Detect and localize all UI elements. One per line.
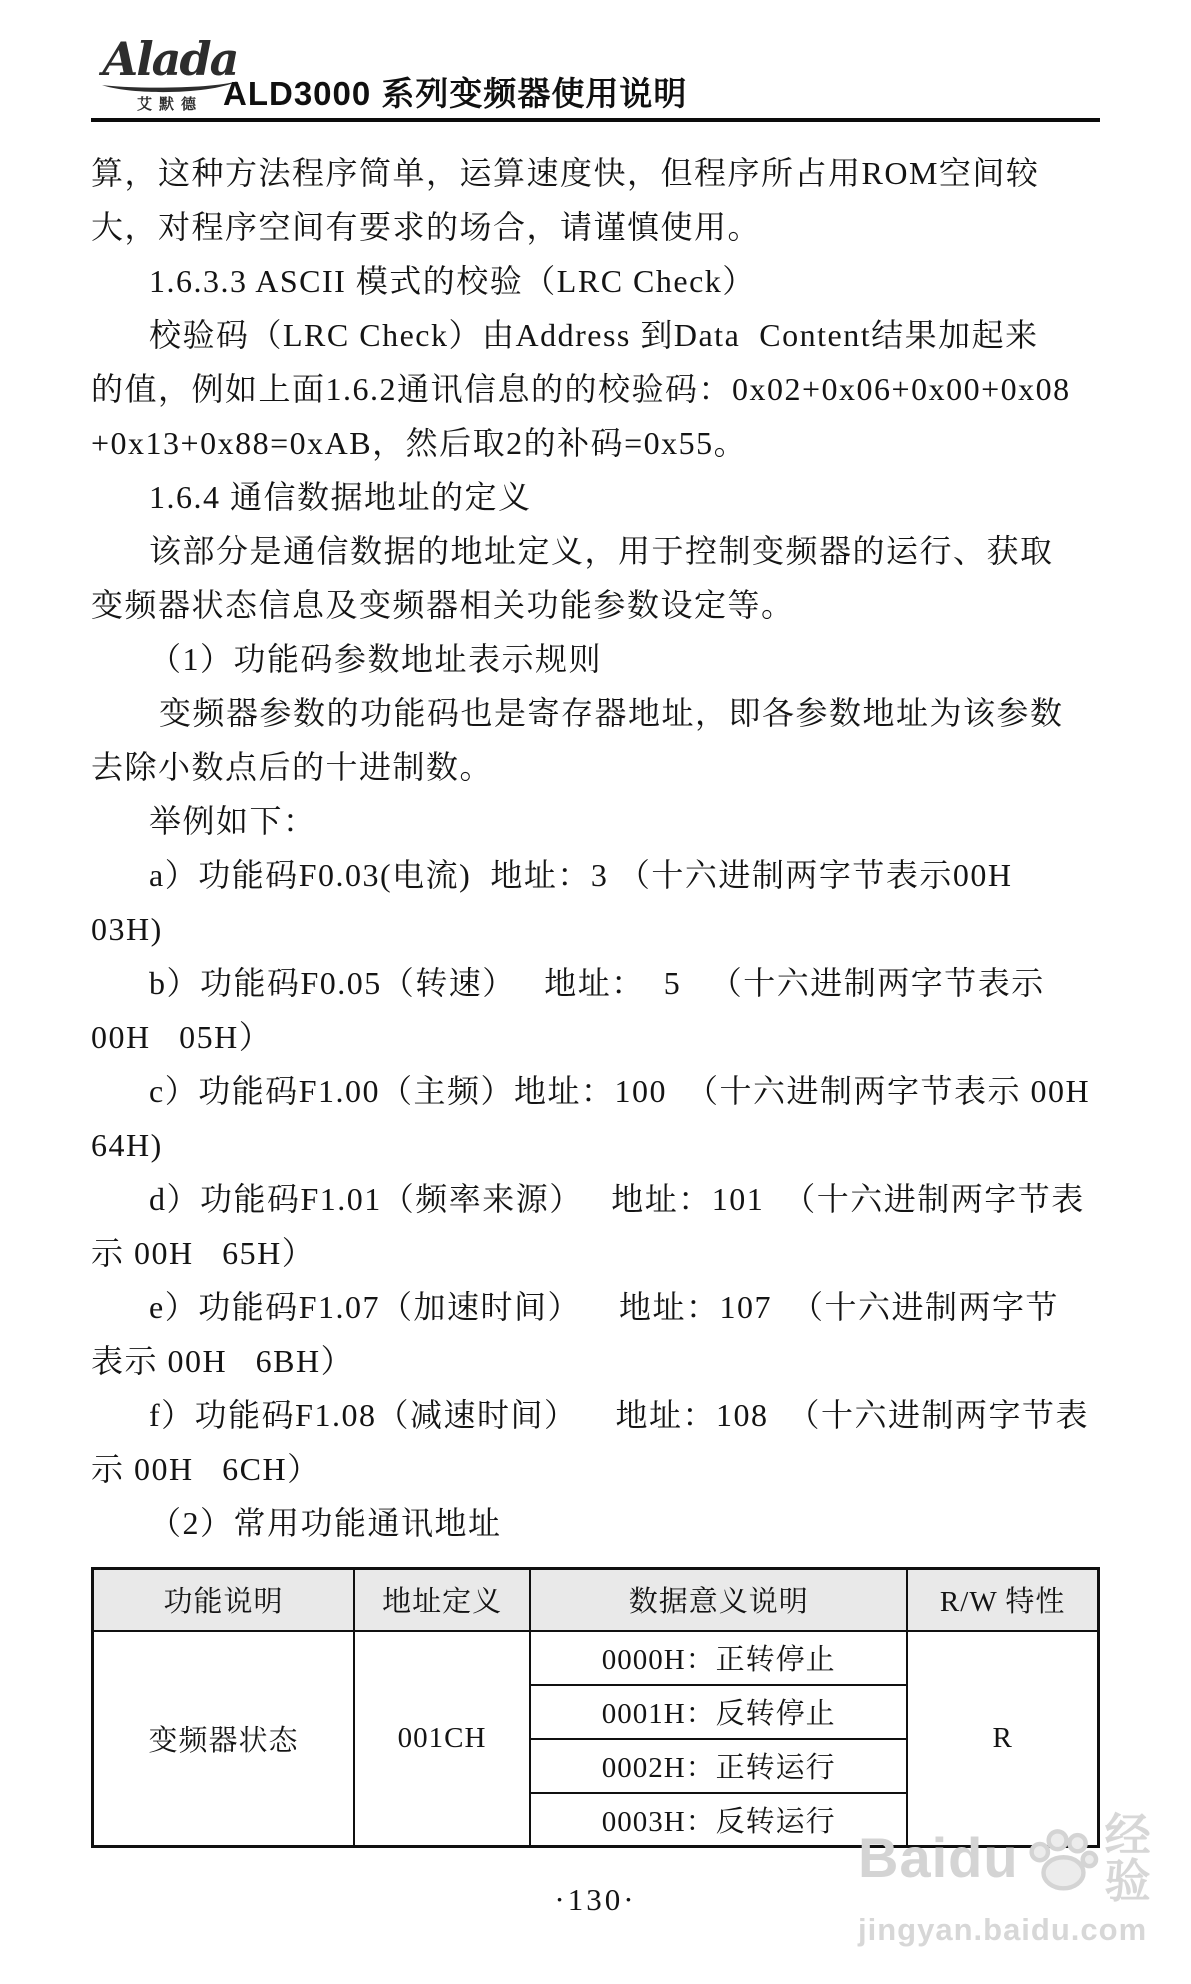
body-line: 去除小数点后的十进制数。 bbox=[91, 740, 1105, 794]
body-line: 示 00H 65H） bbox=[91, 1226, 1105, 1280]
body-line: d）功能码F1.01（频率来源） 地址：101 （十六进制两字节表 bbox=[91, 1172, 1105, 1226]
body-line: a）功能码F0.03(电流) 地址：3 （十六进制两字节表示00H bbox=[91, 848, 1105, 902]
body-line: 举例如下： bbox=[91, 794, 1105, 848]
page: Alada 艾默德 ALD3000 系列变频器使用说明 算，这种方法程序简单，运… bbox=[0, 0, 1191, 1984]
header-rule bbox=[91, 118, 1100, 122]
baidu-paw-icon bbox=[1025, 1821, 1099, 1895]
body-line: 算，这种方法程序简单，运算速度快，但程序所占用ROM空间较 bbox=[91, 146, 1105, 200]
body-line: （2）常用功能通讯地址 bbox=[91, 1496, 1105, 1550]
body-line: 03H) bbox=[91, 902, 1105, 956]
document-body: 算，这种方法程序简单，运算速度快，但程序所占用ROM空间较 大，对程序空间有要求… bbox=[91, 146, 1105, 1550]
watermark-url: jingyan.baidu.com bbox=[858, 1914, 1190, 1945]
table-row: 变频器状态 001CH 0000H：正转停止 R bbox=[93, 1631, 1099, 1685]
body-line: 的值，例如上面1.6.2通讯信息的的校验码：0x02+0x06+0x00+0x0… bbox=[91, 362, 1105, 416]
baidu-watermark: Baidu 经验 jingyan.baidu.com bbox=[858, 1812, 1190, 1945]
page-title: ALD3000 系列变频器使用说明 bbox=[223, 68, 687, 115]
body-line: 校验码（LRC Check）由Address 到Data Content结果加起… bbox=[91, 308, 1105, 362]
cell-meaning: 0002H：正转运行 bbox=[530, 1739, 907, 1793]
body-line: b）功能码F0.05（转速） 地址： 5 （十六进制两字节表示 bbox=[91, 956, 1105, 1010]
table-header-row: 功能说明 地址定义 数据意义说明 R/W 特性 bbox=[93, 1569, 1099, 1631]
body-line: 00H 05H） bbox=[91, 1010, 1105, 1064]
col-header-function: 功能说明 bbox=[93, 1569, 355, 1631]
body-line: +0x13+0x88=0xAB，然后取2的补码=0x55。 bbox=[91, 416, 1105, 470]
body-line: 变频器状态信息及变频器相关功能参数设定等。 bbox=[91, 578, 1105, 632]
comm-address-table: 功能说明 地址定义 数据意义说明 R/W 特性 变频器状态 001CH 0000… bbox=[91, 1567, 1100, 1848]
body-line: 大，对程序空间有要求的场合，请谨慎使用。 bbox=[91, 200, 1105, 254]
page-header: Alada 艾默德 ALD3000 系列变频器使用说明 bbox=[91, 34, 1100, 118]
cell-function: 变频器状态 bbox=[93, 1631, 355, 1847]
cell-meaning: 0003H：反转运行 bbox=[530, 1793, 907, 1847]
col-header-address: 地址定义 bbox=[354, 1569, 530, 1631]
body-line: 64H) bbox=[91, 1118, 1105, 1172]
body-line: 表示 00H 6BH） bbox=[91, 1334, 1105, 1388]
watermark-logo-row: Baidu 经验 bbox=[858, 1812, 1190, 1904]
col-header-data-meaning: 数据意义说明 bbox=[530, 1569, 907, 1631]
watermark-badge: 经验 bbox=[1105, 1812, 1190, 1904]
cell-address: 001CH bbox=[354, 1631, 530, 1847]
col-header-rw: R/W 特性 bbox=[907, 1569, 1098, 1631]
section-heading: 1.6.3.3 ASCII 模式的校验（LRC Check） bbox=[91, 254, 1105, 308]
watermark-brand: Baidu bbox=[858, 1830, 1019, 1886]
body-line: f）功能码F1.08（减速时间） 地址：108 （十六进制两字节表 bbox=[91, 1388, 1105, 1442]
body-line: 示 00H 6CH） bbox=[91, 1442, 1105, 1496]
body-line: 该部分是通信数据的地址定义，用于控制变频器的运行、获取 bbox=[91, 524, 1105, 578]
body-line: （1）功能码参数地址表示规则 bbox=[91, 632, 1105, 686]
body-line: e）功能码F1.07（加速时间） 地址：107 （十六进制两字节 bbox=[91, 1280, 1105, 1334]
body-line: 变频器参数的功能码也是寄存器地址，即各参数地址为该参数 bbox=[91, 686, 1105, 740]
section-heading: 1.6.4 通信数据地址的定义 bbox=[91, 470, 1105, 524]
cell-meaning: 0001H：反转停止 bbox=[530, 1685, 907, 1739]
body-line: c）功能码F1.00（主频）地址：100 （十六进制两字节表示 00H bbox=[91, 1064, 1105, 1118]
cell-meaning: 0000H：正转停止 bbox=[530, 1631, 907, 1685]
